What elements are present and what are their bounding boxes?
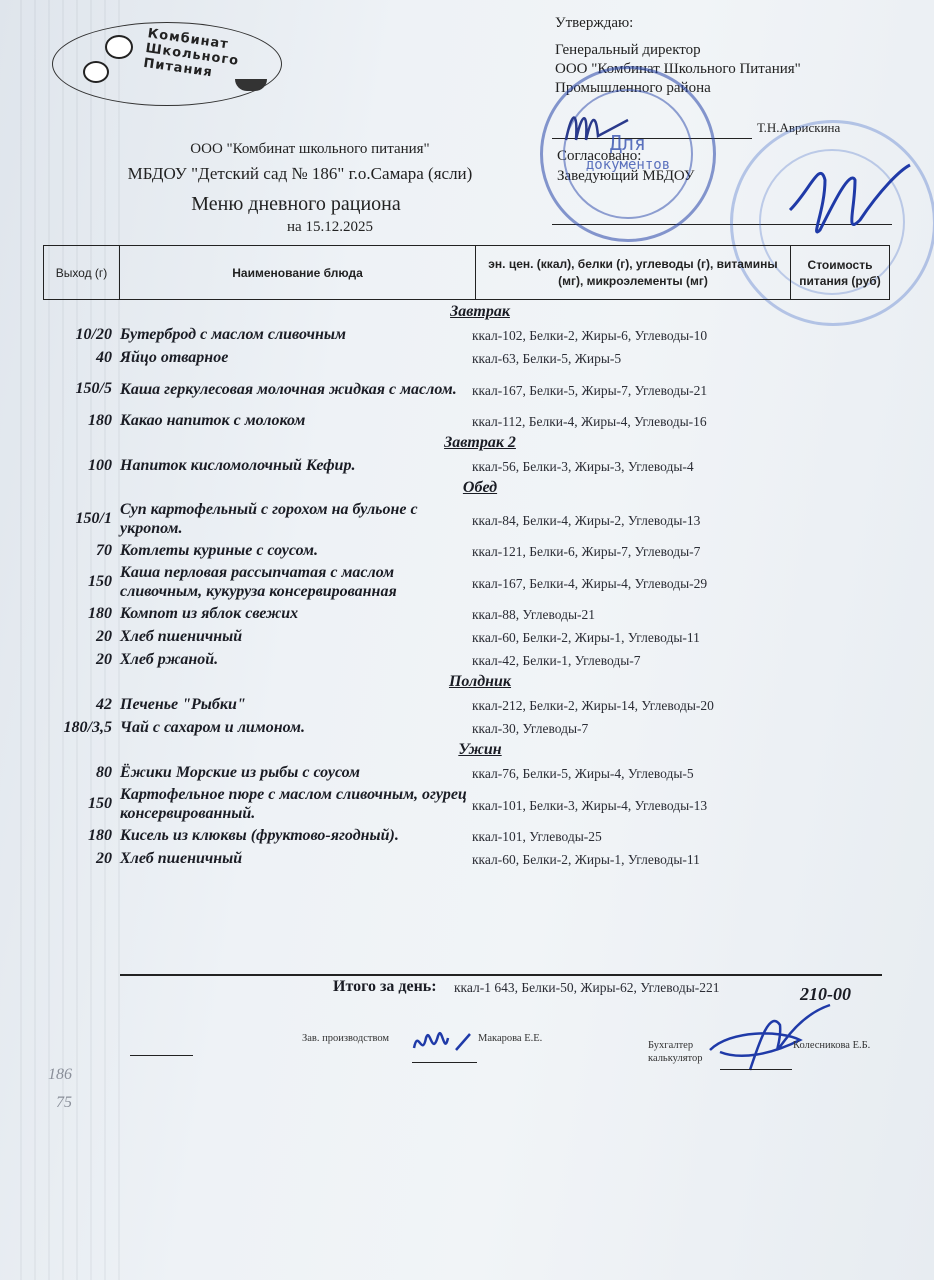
accountant-label: Бухгалтер <box>648 1040 693 1051</box>
dish-name: Каша геркулесовая молочная жидкая с масл… <box>120 380 472 399</box>
dish-name: Компот из яблок свежих <box>120 604 472 623</box>
column-cost: Стоимость питания (руб) <box>791 246 889 299</box>
table-row: 180Кисель из клюквы (фруктово-ягодный).к… <box>40 824 890 847</box>
dish-yield: 180 <box>40 412 120 430</box>
production-label: Зав. производством <box>302 1033 389 1044</box>
dish-nutrition: ккал-42, Белки-1, Углеводы-7 <box>472 650 890 669</box>
dish-yield: 80 <box>40 764 120 782</box>
total-nutrition: ккал-1 643, Белки-50, Жиры-62, Углеводы-… <box>454 979 734 997</box>
column-yield: Выход (г) <box>44 246 120 299</box>
dish-name: Печенье "Рыбки" <box>120 695 472 714</box>
table-row: 150Картофельное пюре с маслом сливочным,… <box>40 784 890 824</box>
signature-line <box>130 1055 193 1056</box>
page-title: Меню дневного рациона <box>0 193 596 216</box>
dish-name: Хлеб пшеничный <box>120 627 472 646</box>
dish-nutrition: ккал-167, Белки-4, Жиры-4, Углеводы-29 <box>472 573 890 592</box>
dish-nutrition: ккал-101, Углеводы-25 <box>472 826 890 845</box>
dish-nutrition: ккал-60, Белки-2, Жиры-1, Углеводы-11 <box>472 849 890 868</box>
table-row: 42Печенье "Рыбки"ккал-212, Белки-2, Жиры… <box>40 693 890 716</box>
dish-name: Яйцо отварное <box>120 348 472 367</box>
bowl-icon <box>235 79 267 91</box>
dish-name: Хлеб пшеничный <box>120 849 472 868</box>
dish-name: Ёжики Морские из рыбы с соусом <box>120 763 472 782</box>
signature-line <box>412 1062 477 1063</box>
table-row: 180Какао напиток с молокомккал-112, Белк… <box>40 409 890 432</box>
dish-nutrition: ккал-112, Белки-4, Жиры-4, Углеводы-16 <box>472 411 890 430</box>
institution-name: МБДОУ "Детский сад № 186" г.о.Самара (яс… <box>0 164 600 184</box>
dish-yield: 40 <box>40 349 120 367</box>
table-row: 40Яйцо отварноеккал-63, Белки-5, Жиры-5 <box>40 346 890 369</box>
column-nutrition: эн. цен. (ккал), белки (г), углеводы (г)… <box>476 246 791 299</box>
total-label: Итого за день: <box>333 978 437 996</box>
menu-date: на 15.12.2025 <box>30 219 630 236</box>
dish-name: Какао напиток с молоком <box>120 411 472 430</box>
dish-nutrition: ккал-212, Белки-2, Жиры-14, Углеводы-20 <box>472 695 890 714</box>
dish-yield: 10/20 <box>40 326 120 344</box>
table-row: 10/20Бутерброд с маслом сливочнымккал-10… <box>40 323 890 346</box>
dish-yield: 20 <box>40 651 120 669</box>
table-bottom-line <box>120 974 882 976</box>
approve-label: Утверждаю: <box>555 14 801 33</box>
table-row: 80Ёжики Морские из рыбы с соусомккал-76,… <box>40 761 890 784</box>
dish-nutrition: ккал-121, Белки-6, Жиры-7, Углеводы-7 <box>472 541 890 560</box>
dish-yield: 70 <box>40 542 120 560</box>
dish-nutrition: ккал-102, Белки-2, Жиры-6, Углеводы-10 <box>472 325 890 344</box>
table-row: 150/5Каша геркулесовая молочная жидкая с… <box>40 369 890 409</box>
dish-name: Картофельное пюре с маслом сливочным, ог… <box>120 785 472 823</box>
dish-nutrition: ккал-101, Белки-3, Жиры-4, Углеводы-13 <box>472 795 890 814</box>
table-row: 180/3,5Чай с сахаром и лимоном.ккал-30, … <box>40 716 890 739</box>
dish-yield: 100 <box>40 457 120 475</box>
document-page: 186 75 Комбинат Школьного Питания Утверж… <box>0 0 934 1280</box>
dish-yield: 20 <box>40 850 120 868</box>
organization-name: ООО "Комбинат школьного питания" <box>10 141 610 158</box>
dish-name: Чай с сахаром и лимоном. <box>120 718 472 737</box>
table-row: 20Хлеб пшеничныйккал-60, Белки-2, Жиры-1… <box>40 625 890 648</box>
ghost-number: 75 <box>56 1094 72 1112</box>
dish-yield: 150/5 <box>40 380 120 398</box>
dish-yield: 150/1 <box>40 510 120 528</box>
dish-yield: 20 <box>40 628 120 646</box>
dish-yield: 180 <box>40 827 120 845</box>
dish-name: Каша перловая рассыпчатая с маслом сливо… <box>120 563 472 601</box>
table-row: 150/1Суп картофельный с горохом на бульо… <box>40 499 890 539</box>
dish-yield: 150 <box>40 573 120 591</box>
section-heading: Полдник <box>40 671 890 693</box>
dish-nutrition: ккал-88, Углеводы-21 <box>472 604 890 623</box>
head-signature <box>780 150 920 250</box>
section-heading: Обед <box>40 477 890 499</box>
approver-line: Генеральный директор <box>555 41 801 60</box>
company-logo: Комбинат Школьного Питания <box>52 22 282 106</box>
dish-yield: 150 <box>40 795 120 813</box>
production-signature <box>408 1018 478 1078</box>
table-header: Выход (г) Наименование блюда эн. цен. (к… <box>43 245 890 300</box>
child-face-icon <box>83 61 109 83</box>
dish-name: Напиток кисломолочный Кефир. <box>120 456 472 475</box>
table-row: 70Котлеты куриные с соусом.ккал-121, Бел… <box>40 539 890 562</box>
dish-nutrition: ккал-30, Углеводы-7 <box>472 718 890 737</box>
dish-name: Бутерброд с маслом сливочным <box>120 325 472 344</box>
dish-nutrition: ккал-167, Белки-5, Жиры-7, Углеводы-21 <box>472 380 890 399</box>
child-face-icon <box>105 35 133 59</box>
dish-name: Суп картофельный с горохом на бульоне с … <box>120 500 472 538</box>
table-row: 20 Хлеб ржаной.ккал-42, Белки-1, Углевод… <box>40 648 890 671</box>
table-row: 20Хлеб пшеничныйккал-60, Белки-2, Жиры-1… <box>40 847 890 870</box>
production-name: Макарова Е.Е. <box>478 1033 542 1044</box>
dish-nutrition: ккал-76, Белки-5, Жиры-4, Углеводы-5 <box>472 763 890 782</box>
dish-yield: 180/3,5 <box>40 719 120 737</box>
dish-name: Котлеты куриные с соусом. <box>120 541 472 560</box>
section-heading: Завтрак 2 <box>40 432 890 454</box>
dish-nutrition: ккал-84, Белки-4, Жиры-2, Углеводы-13 <box>472 510 890 529</box>
dish-nutrition: ккал-63, Белки-5, Жиры-5 <box>472 348 890 367</box>
section-heading: Ужин <box>40 739 890 761</box>
dish-nutrition: ккал-60, Белки-2, Жиры-1, Углеводы-11 <box>472 627 890 646</box>
dish-name: Хлеб ржаной. <box>120 650 472 669</box>
table-row: 100Напиток кисломолочный Кефир.ккал-56, … <box>40 454 890 477</box>
dish-yield: 42 <box>40 696 120 714</box>
column-dish-name: Наименование блюда <box>120 246 476 299</box>
table-row: 150Каша перловая рассыпчатая с маслом сл… <box>40 562 890 602</box>
section-heading: Завтрак <box>40 301 890 323</box>
dish-name: Кисель из клюквы (фруктово-ягодный). <box>120 826 472 845</box>
menu-table-body: Завтрак10/20Бутерброд с маслом сливочным… <box>40 301 890 870</box>
ghost-number: 186 <box>48 1066 72 1084</box>
table-row: 180Компот из яблок свежихккал-88, Углево… <box>40 602 890 625</box>
signature-line <box>720 1069 792 1070</box>
dish-nutrition: ккал-56, Белки-3, Жиры-3, Углеводы-4 <box>472 456 890 475</box>
dish-yield: 180 <box>40 605 120 623</box>
accountant-name: Колесникова Е.Б. <box>793 1040 870 1051</box>
